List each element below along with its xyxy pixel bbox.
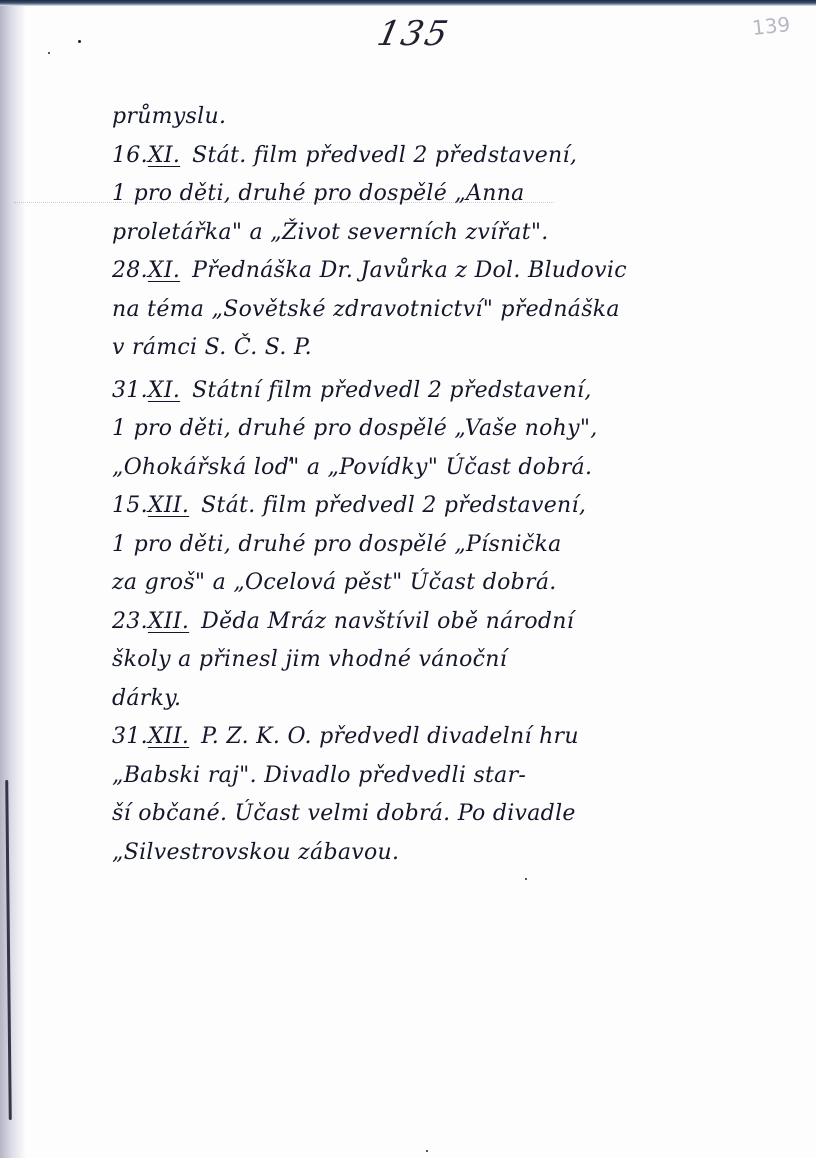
entry-date: 23.XII. bbox=[112, 603, 189, 641]
entry-line: 1 pro děti, druhé pro dospělé „Písnička bbox=[112, 526, 692, 565]
entry-date: 28.XI. bbox=[112, 252, 180, 290]
archive-page-number: 139 bbox=[751, 12, 791, 40]
handwritten-text: průmyslu. 16.XI.Stát. film předvedl 2 př… bbox=[112, 98, 692, 872]
date-month: XI. bbox=[148, 143, 180, 168]
line-text: Přednáška Dr. Javůrka z Dol. Bludovic bbox=[192, 258, 627, 283]
entry-15-xii: 15.XII.Stát. film předvedl 2 představení… bbox=[112, 487, 692, 526]
entry-line: proletářka" a „Život severních zvířat". bbox=[112, 214, 692, 253]
entry-date: 16.XI. bbox=[112, 137, 180, 175]
binding-shadow bbox=[0, 6, 26, 1158]
entry-date: 15.XII. bbox=[112, 487, 189, 525]
date-day: 16. bbox=[112, 143, 148, 168]
entry-line: „Babski raj". Divadlo předvedli star- bbox=[112, 757, 692, 796]
paper-speck bbox=[426, 1150, 428, 1152]
line-text: P. Z. K. O. předvedl divadelní hru bbox=[201, 724, 579, 749]
entry-line: na téma „Sovětské zdravotnictví" přednáš… bbox=[112, 291, 692, 330]
line-text: průmyslu. bbox=[112, 104, 226, 129]
date-month: XII. bbox=[148, 493, 189, 518]
line-text: za groš" a „Ocelová pěst" Účast dobrá. bbox=[112, 570, 557, 595]
entry-23-xii: 23.XII.Děda Mráz navštívil obě národní bbox=[112, 603, 692, 642]
date-day: 28. bbox=[112, 258, 148, 283]
entry-date: 31.XII. bbox=[112, 718, 189, 756]
date-month: XII. bbox=[148, 609, 189, 634]
entry-28-xi: 28.XI.Přednáška Dr. Javůrka z Dol. Bludo… bbox=[112, 252, 692, 291]
scan-top-edge bbox=[0, 0, 816, 6]
paper-speck bbox=[525, 878, 527, 880]
entry-line: ší občané. Účast velmi dobrá. Po divadle bbox=[112, 795, 692, 834]
line-text: „Babski raj". Divadlo předvedli star- bbox=[112, 763, 526, 788]
line-text: 1 pro děti, druhé pro dospělé „Písnička bbox=[112, 532, 562, 557]
line-text: Děda Mráz navštívil obě národní bbox=[201, 609, 574, 634]
entry-line: školy a přinesl jim vhodné vánoční bbox=[112, 641, 692, 680]
line-text: Stát. film předvedl 2 představení, bbox=[192, 143, 577, 168]
line-text: „Ohokářská loď" a „Povídky" Účast dobrá. bbox=[112, 455, 592, 480]
line-text: školy a přinesl jim vhodné vánoční bbox=[112, 647, 507, 672]
date-month: XI. bbox=[148, 378, 180, 403]
date-day: 15. bbox=[112, 493, 148, 518]
entry-31-xi: 31.XI.Státní film předvedl 2 představení… bbox=[112, 372, 692, 411]
line-text: v rámci S. Č. S. P. bbox=[112, 335, 312, 360]
document-page: 135 139 průmyslu. 16.XI.Stát. film předv… bbox=[0, 0, 816, 1158]
entry-line: „Silvestrovskou zábavou. bbox=[112, 834, 692, 873]
date-month: XI. bbox=[148, 258, 180, 283]
entry-line: 1 pro děti, druhé pro dospělé „Anna bbox=[112, 175, 692, 214]
line-text: Stát. film předvedl 2 představení, bbox=[201, 493, 586, 518]
line-text: ší občané. Účast velmi dobrá. Po divadle bbox=[112, 801, 576, 826]
entry-line: za groš" a „Ocelová pěst" Účast dobrá. bbox=[112, 564, 692, 603]
entry-continuation: průmyslu. bbox=[112, 98, 692, 137]
entry-line: 1 pro děti, druhé pro dospělé „Vaše nohy… bbox=[112, 410, 692, 449]
paper-speck bbox=[48, 52, 50, 54]
page-number: 135 bbox=[374, 14, 453, 54]
line-text: dárky. bbox=[112, 686, 181, 711]
entry-date: 31.XI. bbox=[112, 372, 180, 410]
line-text: proletářka" a „Život severních zvířat". bbox=[112, 220, 549, 245]
date-day: 31. bbox=[112, 378, 148, 403]
entry-line: v rámci S. Č. S. P. bbox=[112, 329, 692, 368]
line-text: Státní film předvedl 2 představení, bbox=[192, 378, 592, 403]
entry-16-xi: 16.XI.Stát. film předvedl 2 představení, bbox=[112, 137, 692, 176]
paper-speck bbox=[78, 40, 81, 43]
date-day: 23. bbox=[112, 609, 148, 634]
entry-31-xii: 31.XII.P. Z. K. O. předvedl divadelní hr… bbox=[112, 718, 692, 757]
line-text: na téma „Sovětské zdravotnictví" přednáš… bbox=[112, 297, 620, 322]
line-text: 1 pro děti, druhé pro dospělé „Vaše nohy… bbox=[112, 416, 598, 441]
entry-line: „Ohokářská loď" a „Povídky" Účast dobrá. bbox=[112, 449, 692, 488]
date-month: XII. bbox=[148, 724, 189, 749]
line-text: „Silvestrovskou zábavou. bbox=[112, 840, 399, 865]
date-day: 31. bbox=[112, 724, 148, 749]
line-text: 1 pro děti, druhé pro dospělé „Anna bbox=[112, 181, 525, 206]
entry-line: dárky. bbox=[112, 680, 692, 719]
